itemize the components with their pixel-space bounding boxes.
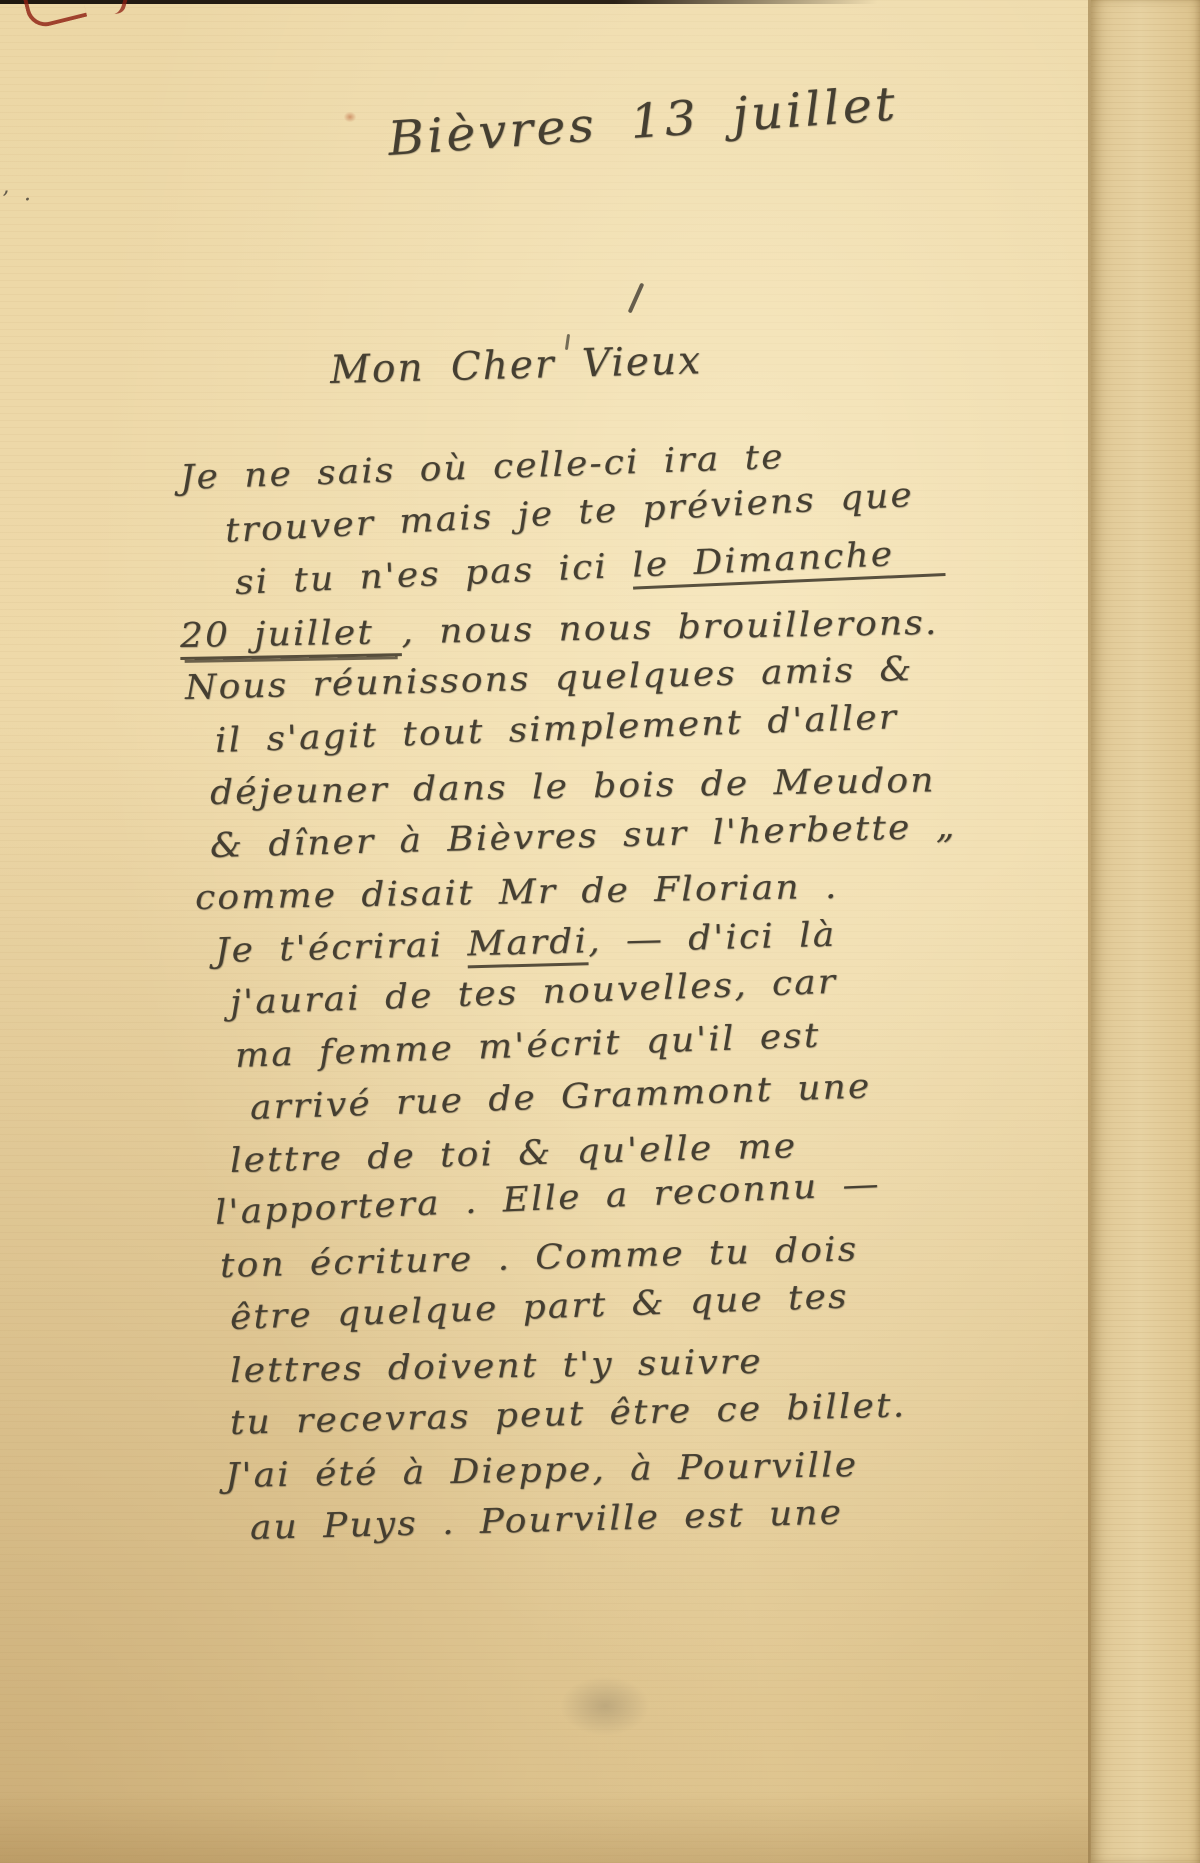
red-ink-mark — [23, 0, 88, 31]
stray-accent-mark — [628, 283, 645, 314]
bottom-shadow — [0, 1793, 1090, 1863]
red-ink-mark — [106, 0, 129, 16]
underlined-phrase: le Dimanche — [631, 532, 946, 590]
letter-body: Je ne sais où celle-ci ira tetrouver mai… — [180, 452, 1100, 1555]
right-page-edge — [1091, 0, 1200, 1863]
scan-top-edge — [0, 0, 878, 4]
salutation: Mon Cher Vieux — [329, 338, 702, 393]
underlined-phrase: Mardi — [467, 921, 589, 968]
letter-page: ’ · Bièvres 13 juillet Mon Cher Vieux Je… — [0, 0, 1200, 1863]
underlined-phrase: 20 juillet — [180, 612, 402, 660]
dateline: Bièvres 13 juillet — [386, 76, 900, 167]
ink-smudge — [560, 1676, 650, 1736]
left-margin-marks: ’ · — [2, 188, 35, 213]
paper-speck — [344, 112, 356, 122]
